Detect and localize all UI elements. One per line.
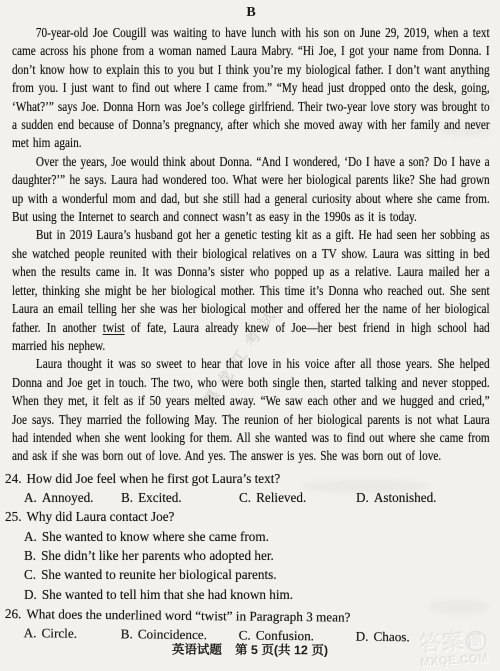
passage-paragraph: 70-year-old Joe Cougill was waiting to h… <box>12 24 490 153</box>
passage-text: 70-year-old Joe Cougill was waiting to h… <box>12 25 490 150</box>
question-head: 25.Why did Laura contact Joe? <box>5 507 490 526</box>
section-heading: B <box>12 5 490 21</box>
footer-page-number: 第 5 页(共 12 页) <box>235 643 328 657</box>
option-label: D. <box>24 585 37 604</box>
scan-smudge <box>424 92 494 108</box>
option-text: Relieved. <box>256 490 306 505</box>
option-text: She didn’t like her parents who adopted … <box>41 546 274 565</box>
options: A.She wanted to know where she came from… <box>5 527 490 604</box>
option-label: C. <box>239 490 251 505</box>
option-a: A.Annoyed. <box>24 488 121 507</box>
option-label: A. <box>24 490 37 505</box>
option-label: B. <box>121 490 133 505</box>
option-text: She wanted to know where she came from. <box>42 527 269 546</box>
option-b: B.Excited. <box>121 488 239 507</box>
option-c: C.She wanted to reunite her biological p… <box>24 565 490 584</box>
question-number: 26. <box>5 604 22 623</box>
option-text: Excited. <box>138 490 182 505</box>
page-footer: 英语试题第 5 页(共 12 页) <box>0 639 500 660</box>
option-b: B.She didn’t like her parents who adopte… <box>24 546 490 565</box>
passage-paragraph: Laura thought it was so sweet to hear th… <box>12 355 490 465</box>
question-25: 25.Why did Laura contact Joe?A.She wante… <box>5 507 490 603</box>
passage-paragraph: But in 2019 Laura’s husband got her a ge… <box>12 226 490 355</box>
question-stem: Why did Laura contact Joe? <box>26 507 174 526</box>
question-number: 24. <box>5 469 21 488</box>
questions: 24.How did Joe feel when he first got La… <box>12 469 490 643</box>
question-number: 25. <box>5 507 21 526</box>
option-text: Annoyed. <box>42 490 94 505</box>
scan-smudge <box>428 600 490 614</box>
question-stem: How did Joe feel when he first got Laura… <box>26 469 280 488</box>
passage-text: Laura thought it was so sweet to hear th… <box>12 356 490 463</box>
passage-text: But in 2019 Laura’s husband got her a ge… <box>12 227 490 334</box>
option-label: A. <box>24 527 37 546</box>
option-label: B. <box>24 546 36 565</box>
option-d: D.She wanted to tell him that she had kn… <box>24 585 490 604</box>
scan-smudge <box>300 480 430 493</box>
footer-exam-title: 英语试题 <box>172 643 222 657</box>
option-a: A.She wanted to know where she came from… <box>24 527 490 546</box>
option-label: C. <box>24 565 36 584</box>
passage-text: Over the years, Joe would think about Do… <box>12 154 490 224</box>
passage-body: 70-year-old Joe Cougill was waiting to h… <box>12 24 490 466</box>
underlined-word: twist <box>103 320 125 335</box>
option-text: She wanted to reunite her biological par… <box>41 565 276 584</box>
passage-paragraph: Over the years, Joe would think about Do… <box>12 153 490 227</box>
options: A.Annoyed.B.Excited.C.Relieved.D.Astonis… <box>5 488 490 507</box>
scan-smudge <box>438 124 493 136</box>
option-text: She wanted to tell him that she had know… <box>42 585 293 604</box>
